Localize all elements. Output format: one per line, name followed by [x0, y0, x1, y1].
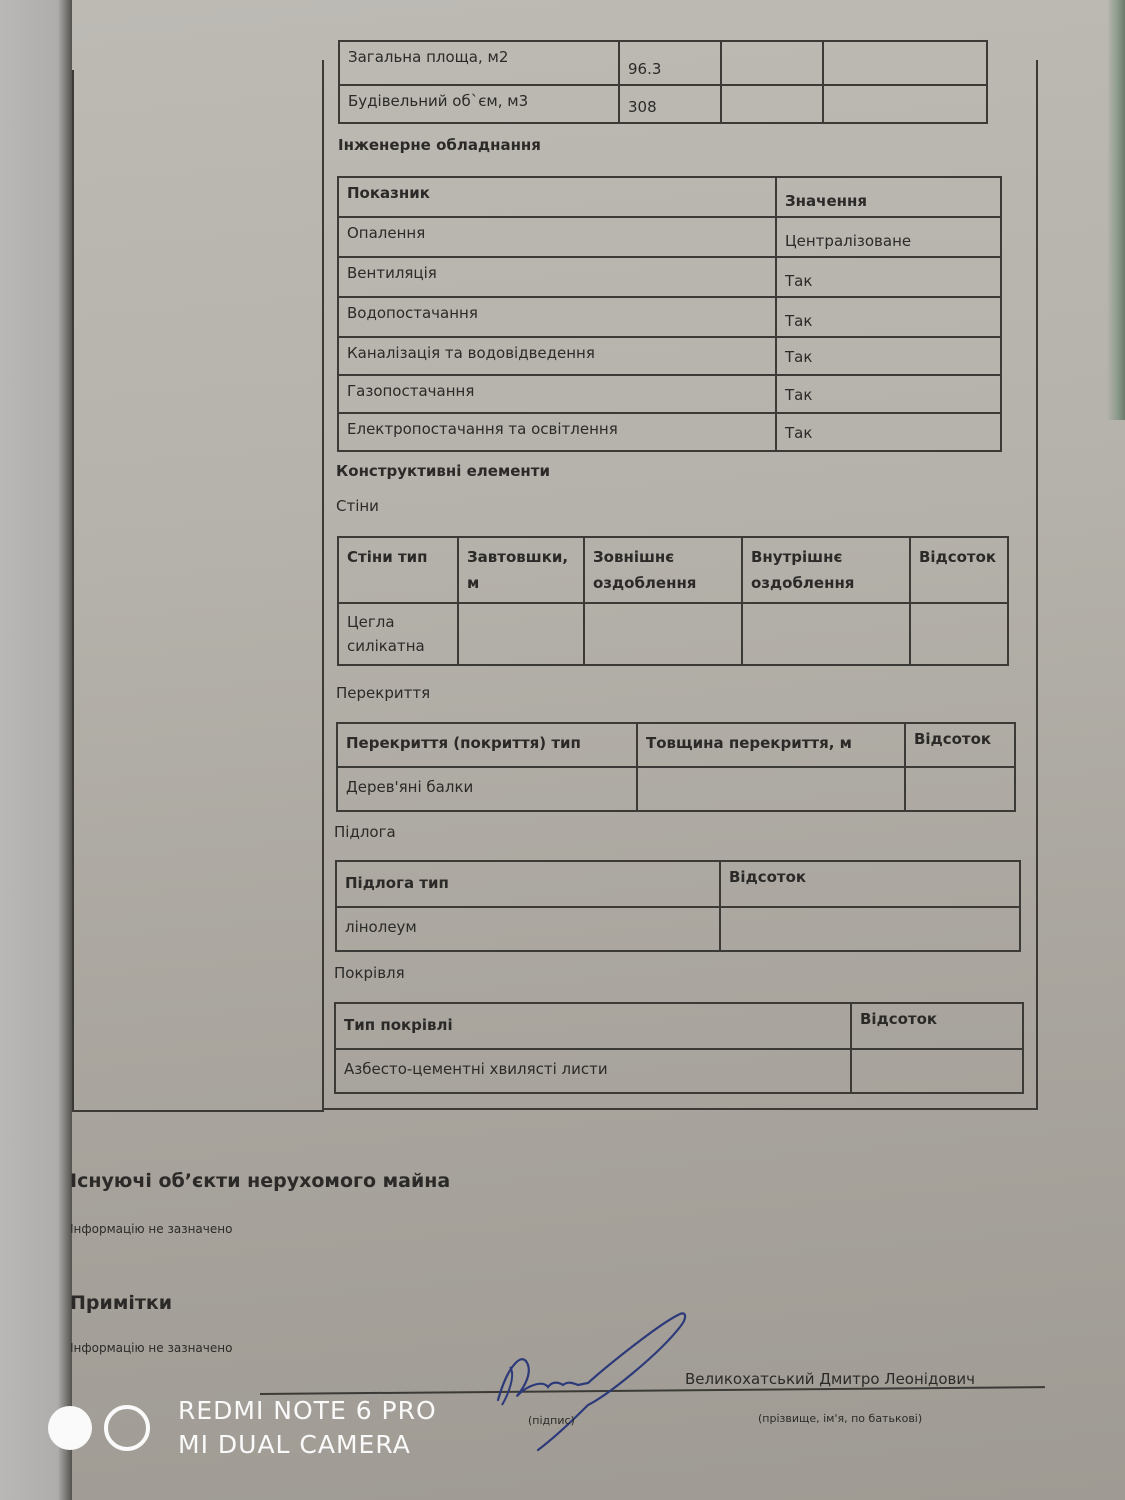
table-cell [742, 603, 910, 665]
header-cell: Тип покрівлі [335, 1003, 851, 1049]
table-row: ВодопостачанняТак [338, 297, 1001, 337]
table-row: Дерев'яні балки [337, 767, 1015, 811]
table-row: ГазопостачанняТак [338, 375, 1001, 413]
existing-objects-text: Інформацію не зазначено [70, 1222, 232, 1236]
general-table: Загальна площа, м2 96.3 Будівельний об`є… [338, 40, 988, 124]
table-cell [584, 603, 742, 665]
table-row: ВентиляціяТак [338, 257, 1001, 297]
ceilings-label: Перекриття [336, 684, 430, 702]
table-cell: Газопостачання [338, 375, 776, 413]
table-cell [905, 767, 1015, 811]
table-cell [720, 907, 1020, 951]
table-header-row: Перекриття (покриття) тип Товщина перекр… [337, 723, 1015, 767]
table-cell: Вентиляція [338, 257, 776, 297]
table-header-row: Показник Значення [338, 177, 1001, 217]
header-cell: Підлога тип [336, 861, 720, 907]
watermark-line2: MI DUAL CAMERA [178, 1428, 437, 1462]
watermark-line1: REDMI NOTE 6 PRO [178, 1394, 437, 1428]
floor-table: Підлога тип Відсоток лінолеум [335, 860, 1021, 952]
header-cell: Зовнішнє оздоблення [584, 537, 742, 603]
header-cell: Стіни тип [338, 537, 458, 603]
table-row: лінолеум [336, 907, 1020, 951]
table-row: Будівельний об`єм, м3 308 [339, 85, 987, 123]
header-cell: Відсоток [851, 1003, 1023, 1049]
floor-label: Підлога [334, 823, 396, 841]
lens-dot-icon [48, 1406, 92, 1450]
table-cell [721, 85, 823, 123]
table-cell: 96.3 [619, 41, 721, 85]
table-cell: Централізоване [776, 217, 1001, 257]
table-row: Цегла силікатна [338, 603, 1008, 665]
notes-title: Примітки [70, 1292, 172, 1314]
table-cell: Цегла силікатна [338, 603, 458, 665]
walls-label: Стіни [336, 497, 379, 515]
header-cell: Значення [776, 177, 1001, 217]
table-cell [637, 767, 905, 811]
table-cell [910, 603, 1008, 665]
table-cell: Водопостачання [338, 297, 776, 337]
header-cell: Показник [338, 177, 776, 217]
table-cell: Азбесто-цементні хвилясті листи [335, 1049, 851, 1093]
header-cell: Внутрішнє оздоблення [742, 537, 910, 603]
table-cell: Так [776, 337, 1001, 375]
table-cell: Так [776, 375, 1001, 413]
table-header-row: Стіни тип Завтовшки, м Зовнішнє оздоблен… [338, 537, 1008, 603]
header-cell: Завтовшки, м [458, 537, 584, 603]
table-row: Електропостачання та освітленняТак [338, 413, 1001, 451]
table-row: Азбесто-цементні хвилясті листи [335, 1049, 1023, 1093]
table-cell [823, 85, 987, 123]
table-row: ОпаленняЦентралізоване [338, 217, 1001, 257]
table-cell: Так [776, 257, 1001, 297]
table-header-row: Тип покрівлі Відсоток [335, 1003, 1023, 1049]
walls-table: Стіни тип Завтовшки, м Зовнішнє оздоблен… [337, 536, 1009, 666]
engineering-table: Показник Значення ОпаленняЦентралізоване… [337, 176, 1002, 452]
signature-caption: (підпис) [528, 1414, 575, 1427]
table-cell: Так [776, 413, 1001, 451]
table-cell: Будівельний об`єм, м3 [339, 85, 619, 123]
table-cell: Електропостачання та освітлення [338, 413, 776, 451]
left-margin-frame [72, 70, 324, 1112]
table-cell [458, 603, 584, 665]
existing-objects-title: Існуючі об’єкти нерухомого майна [70, 1170, 450, 1192]
name-caption: (прізвище, ім'я, по батькові) [758, 1412, 922, 1425]
background-left [0, 0, 72, 1500]
table-row: Загальна площа, м2 96.3 [339, 41, 987, 85]
watermark-text: REDMI NOTE 6 PRO MI DUAL CAMERA [178, 1394, 437, 1462]
table-cell: 308 [619, 85, 721, 123]
table-cell: лінолеум [336, 907, 720, 951]
header-cell: Відсоток [905, 723, 1015, 767]
background-right [1107, 0, 1125, 420]
notes-text: Інформацію не зазначено [70, 1341, 232, 1355]
table-cell: Опалення [338, 217, 776, 257]
signer-name: Великохатський Дмитро Леонідович [685, 1370, 975, 1388]
table-cell [823, 41, 987, 85]
roof-label: Покрівля [334, 964, 405, 982]
camera-watermark: REDMI NOTE 6 PRO MI DUAL CAMERA [48, 1394, 437, 1462]
table-row: Каналізація та водовідведенняТак [338, 337, 1001, 375]
header-cell: Відсоток [720, 861, 1020, 907]
table-header-row: Підлога тип Відсоток [336, 861, 1020, 907]
table-cell: Каналізація та водовідведення [338, 337, 776, 375]
header-cell: Товщина перекриття, м [637, 723, 905, 767]
table-cell [721, 41, 823, 85]
lens-ring-icon [104, 1405, 150, 1451]
table-cell: Загальна площа, м2 [339, 41, 619, 85]
engineering-title: Інженерне обладнання [338, 136, 541, 154]
signature-icon [488, 1305, 698, 1455]
table-cell [851, 1049, 1023, 1093]
ceilings-table: Перекриття (покриття) тип Товщина перекр… [336, 722, 1016, 812]
table-cell: Так [776, 297, 1001, 337]
roof-table: Тип покрівлі Відсоток Азбесто-цементні х… [334, 1002, 1024, 1094]
constructive-title: Конструктивні елементи [336, 462, 550, 480]
header-cell: Перекриття (покриття) тип [337, 723, 637, 767]
header-cell: Відсоток [910, 537, 1008, 603]
table-cell: Дерев'яні балки [337, 767, 637, 811]
